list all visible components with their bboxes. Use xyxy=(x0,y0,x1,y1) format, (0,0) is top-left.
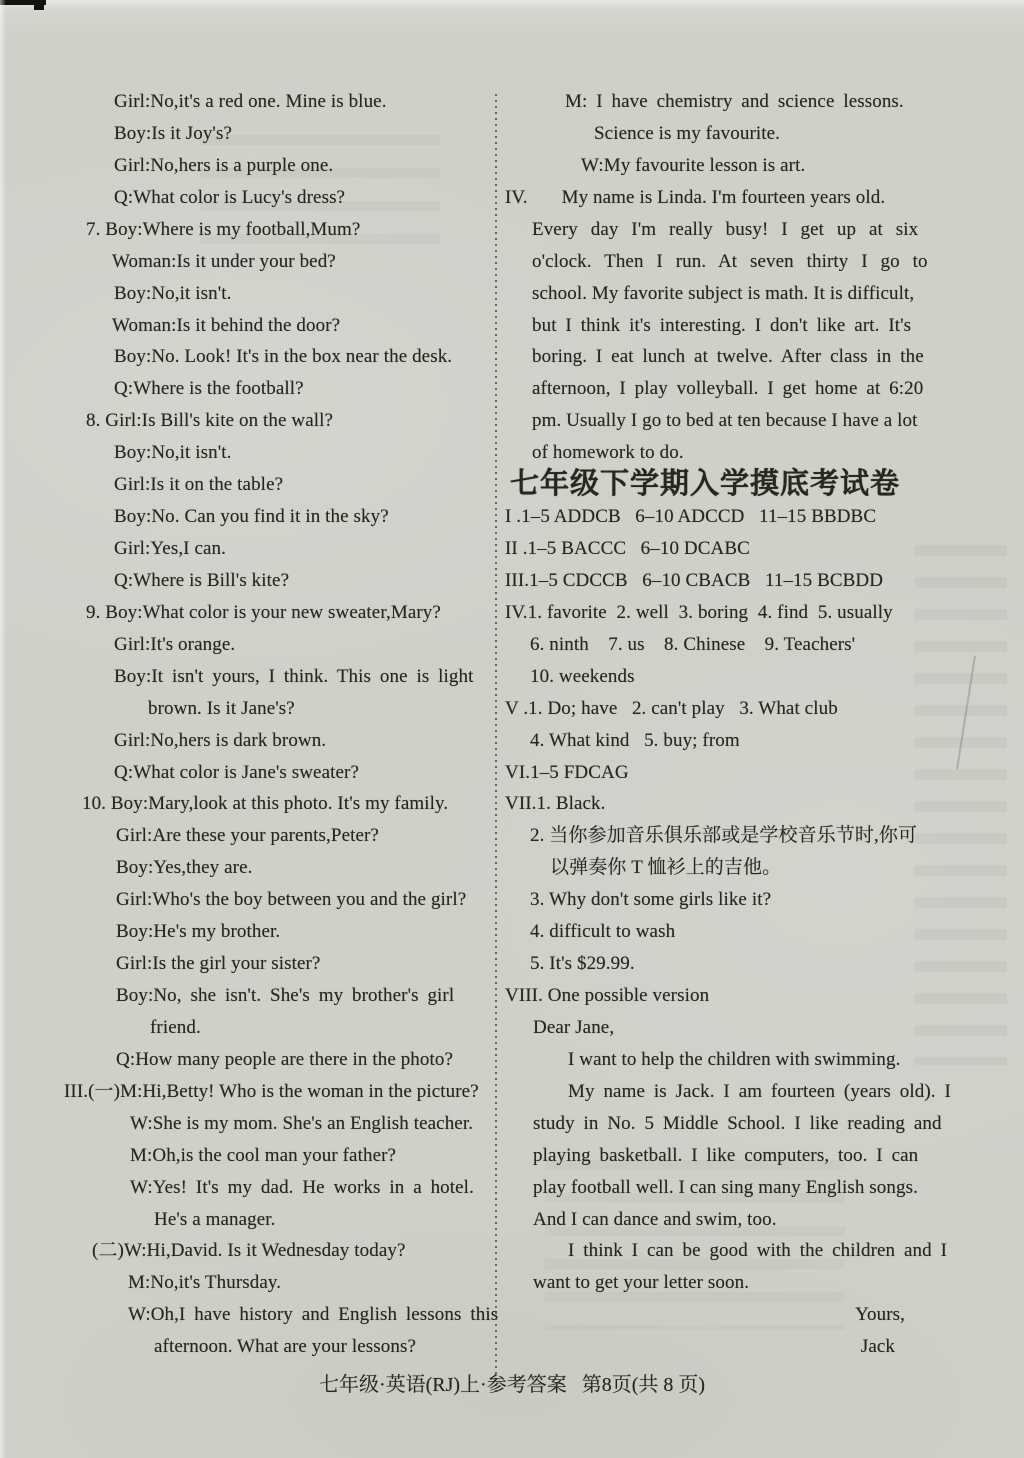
answer-line: 5. It's $29.99. xyxy=(530,948,635,980)
answer-line: V .1. Do; have 2. can't play 3. What clu… xyxy=(505,693,838,725)
scanned-answer-page: Girl:No,it's a red one. Mine is blue.Boy… xyxy=(0,0,1024,1458)
answer-line: 4. What kind 5. buy; from xyxy=(530,725,740,757)
exam-title: 七年级下学期入学摸底考试卷 xyxy=(505,469,905,501)
answer-line: W:My favourite lesson is art. xyxy=(581,150,805,182)
answer-line: 6. ninth 7. us 8. Chinese 9. Teachers' xyxy=(530,629,855,661)
answer-line: o'clock. Then I run. At seven thirty I g… xyxy=(532,246,928,278)
answer-line: 3. Why don't some girls like it? xyxy=(530,884,771,916)
answer-line: of homework to do. xyxy=(532,437,684,469)
answer-line: I think I can be good with the children … xyxy=(568,1235,947,1267)
answer-line: playing basketball. I like computers, to… xyxy=(533,1140,918,1172)
answer-line: but I think it's interesting. I don't li… xyxy=(532,310,911,342)
answer-line: IV.1. favorite 2. well 3. boring 4. find… xyxy=(505,597,893,629)
answer-line: IV. My name is Linda. I'm fourteen years… xyxy=(505,182,885,214)
answer-line: III.1–5 CDCCB 6–10 CBACB 11–15 BCBDD xyxy=(505,565,883,597)
answer-line: afternoon, I play volleyball. I get home… xyxy=(532,373,923,405)
answer-line: M: I have chemistry and science lessons. xyxy=(565,86,904,118)
answer-line: 4. difficult to wash xyxy=(530,916,675,948)
answer-line: Science is my favourite. xyxy=(594,118,780,150)
answer-line: Dear Jane, xyxy=(533,1012,614,1044)
answer-line: VI.1–5 FDCAG xyxy=(505,757,629,789)
answer-line: VIII. One possible version xyxy=(505,980,709,1012)
answer-line: Every day I'm really busy! I get up at s… xyxy=(532,214,918,246)
answer-line: study in No. 5 Middle School. I like rea… xyxy=(533,1108,942,1140)
answer-line: I want to help the children with swimmin… xyxy=(568,1044,900,1076)
letter-signature: Jack xyxy=(861,1331,895,1363)
answer-line: boring. I eat lunch at twelve. After cla… xyxy=(532,341,924,373)
page-footer: 七年级·英语(RJ)上·参考答案 第8页(共 8 页) xyxy=(0,1368,1024,1397)
answer-line: II .1–5 BACCC 6–10 DCABC xyxy=(505,533,750,565)
answer-line: school. My favorite subject is math. It … xyxy=(532,278,914,310)
answer-line: 2. 当你参加音乐俱乐部或是学校音乐节时,你可 xyxy=(530,820,917,852)
answer-line: 10. weekends xyxy=(530,661,635,693)
letter-signature: Yours, xyxy=(855,1299,905,1331)
answer-line: pm. Usually I go to bed at ten because I… xyxy=(532,405,918,437)
answer-line: play football well. I can sing many Engl… xyxy=(533,1172,918,1204)
right-text-column: M: I have chemistry and science lessons.… xyxy=(0,0,1024,1458)
answer-line: My name is Jack. I am fourteen (years ol… xyxy=(568,1076,951,1108)
answer-line: And I can dance and swim, too. xyxy=(533,1204,777,1236)
answer-line: 以弹奏你 T 恤衫上的吉他。 xyxy=(550,852,781,884)
answer-line: want to get your letter soon. xyxy=(533,1267,749,1299)
answer-line: I .1–5 ADDCB 6–10 ADCCD 11–15 BBDBC xyxy=(505,501,876,533)
answer-line: VII.1. Black. xyxy=(505,788,606,820)
